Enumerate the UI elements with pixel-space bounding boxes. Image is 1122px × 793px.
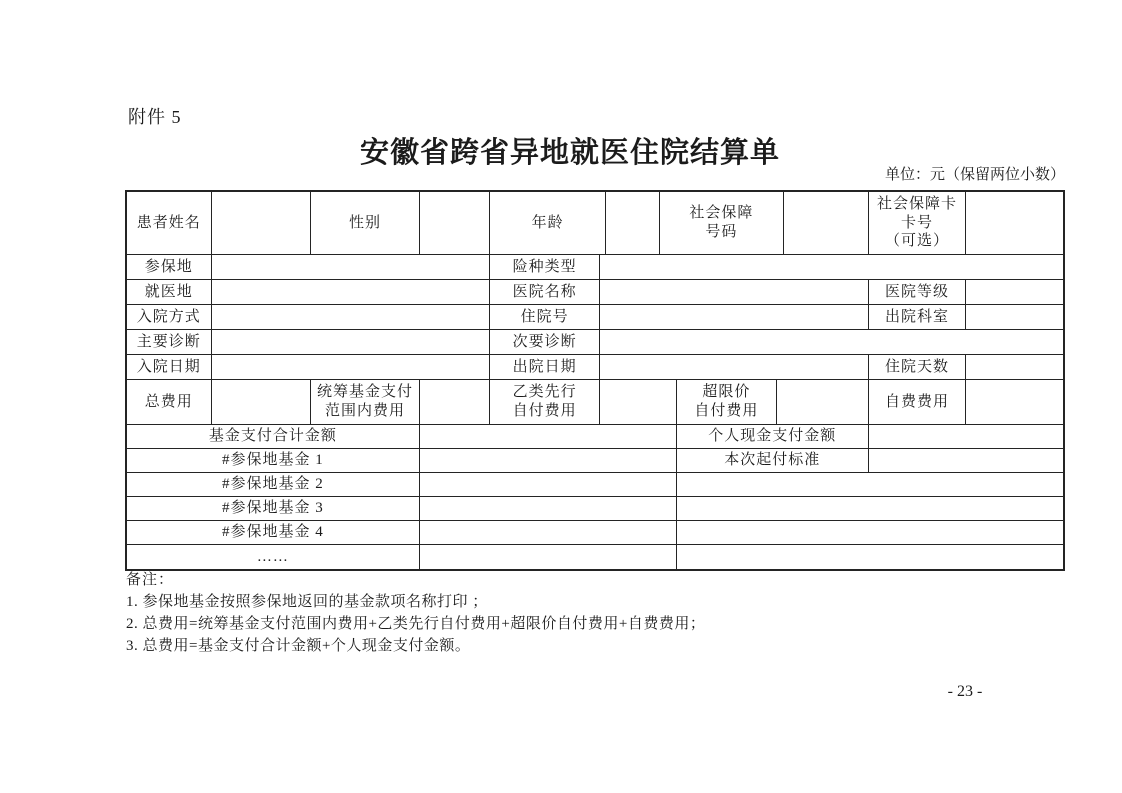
table-row: ……	[127, 545, 1063, 569]
table-cell-label: 入院方式	[127, 305, 212, 330]
table-cell-value	[420, 473, 677, 497]
table-cell-label: 年龄	[490, 192, 606, 255]
table-cell-value	[600, 255, 1063, 280]
table-cell-value	[600, 280, 869, 305]
table-row: 主要诊断次要诊断	[127, 330, 1063, 355]
table-cell-label: #参保地基金 1	[127, 449, 420, 473]
table-row: #参保地基金 3	[127, 497, 1063, 521]
note-item: 2. 总费用=统筹基金支付范围内费用+乙类先行自付费用+超限价自付费用+自费费用…	[126, 613, 1066, 635]
settlement-table: 患者姓名性别年龄社会保障 号码社会保障卡 卡号 （可选）参保地险种类型就医地医院…	[125, 190, 1065, 571]
table-row: 入院方式住院号出院科室	[127, 305, 1063, 330]
table-cell-value	[869, 449, 1063, 473]
table-cell-value	[869, 425, 1063, 449]
table-cell-value	[420, 497, 677, 521]
notes-section: 备注： 1. 参保地基金按照参保地返回的基金款项名称打印 ； 2. 总费用=统筹…	[126, 569, 1066, 657]
table-cell-value	[212, 330, 491, 355]
table-cell-value	[420, 449, 677, 473]
table-cell-label: 社会保障 号码	[660, 192, 784, 255]
table-cell-value	[777, 380, 869, 425]
table-cell-label: ……	[127, 545, 420, 569]
table-row: 患者姓名性别年龄社会保障 号码社会保障卡 卡号 （可选）	[127, 192, 1063, 255]
table-cell-label: #参保地基金 2	[127, 473, 420, 497]
table-cell-label: 乙类先行 自付费用	[490, 380, 600, 425]
table-cell-value	[212, 255, 491, 280]
table-cell-value	[600, 305, 869, 330]
table-cell-value	[212, 305, 491, 330]
table-row: 入院日期出院日期住院天数	[127, 355, 1063, 380]
notes-header: 备注：	[126, 569, 1066, 591]
table-cell-label: 超限价 自付费用	[677, 380, 778, 425]
unit-note: 单位：元（保留两位小数）	[625, 163, 1065, 184]
document-page: 附件 5 安徽省跨省异地就医住院结算单 单位：元（保留两位小数） 患者姓名性别年…	[0, 0, 1122, 793]
table-cell-label: 主要诊断	[127, 330, 212, 355]
table-cell-label: 自费费用	[869, 380, 967, 425]
table-cell-label: 住院天数	[869, 355, 967, 380]
table-cell-label: 参保地	[127, 255, 212, 280]
table-cell-label: 医院名称	[490, 280, 600, 305]
table-cell-value	[966, 305, 1063, 330]
table-cell-label: 出院日期	[490, 355, 600, 380]
table-cell-value	[420, 380, 491, 425]
table-cell-value	[677, 521, 1063, 545]
table-cell-value	[966, 280, 1063, 305]
table-cell-value	[212, 280, 491, 305]
table-cell-label: 住院号	[490, 305, 600, 330]
table-row: #参保地基金 2	[127, 473, 1063, 497]
table-cell-label: 就医地	[127, 280, 212, 305]
note-item: 3. 总费用=基金支付合计金额+个人现金支付金额。	[126, 635, 1066, 657]
table-cell-value	[420, 545, 677, 569]
table-row: 基金支付合计金额个人现金支付金额	[127, 425, 1063, 449]
table-cell-value	[966, 380, 1063, 425]
table-cell-label: #参保地基金 3	[127, 497, 420, 521]
table-cell-label: 出院科室	[869, 305, 967, 330]
table-cell-label: 医院等级	[869, 280, 967, 305]
table-cell-value	[966, 355, 1063, 380]
table-cell-label: 总费用	[127, 380, 212, 425]
table-cell-value	[677, 545, 1063, 569]
table-cell-label: 本次起付标准	[677, 449, 869, 473]
table-cell-label: 入院日期	[127, 355, 212, 380]
table-row: 总费用统筹基金支付 范围内费用乙类先行 自付费用超限价 自付费用自费费用	[127, 380, 1063, 425]
table-cell-label: 次要诊断	[490, 330, 600, 355]
table-cell-label: 险种类型	[490, 255, 600, 280]
table-cell-value	[420, 521, 677, 545]
table-cell-label: #参保地基金 4	[127, 521, 420, 545]
table-row: #参保地基金 1本次起付标准	[127, 449, 1063, 473]
table-cell-value	[212, 192, 312, 255]
table-cell-label: 统筹基金支付 范围内费用	[311, 380, 420, 425]
table-cell-value	[600, 355, 869, 380]
table-cell-label: 个人现金支付金额	[677, 425, 869, 449]
attachment-label: 附件 5	[128, 103, 182, 129]
table-cell-value	[600, 380, 677, 425]
table-cell-value	[420, 425, 677, 449]
note-item: 1. 参保地基金按照参保地返回的基金款项名称打印 ；	[126, 591, 1066, 613]
table-cell-value	[212, 380, 312, 425]
table-cell-label: 患者姓名	[127, 192, 212, 255]
table-cell-value	[677, 497, 1063, 521]
table-row: 参保地险种类型	[127, 255, 1063, 280]
table-cell-label: 社会保障卡 卡号 （可选）	[869, 192, 967, 255]
table-cell-label: 基金支付合计金额	[127, 425, 420, 449]
table-cell-value	[606, 192, 660, 255]
table-cell-value	[677, 473, 1063, 497]
table-cell-value	[966, 192, 1063, 255]
table-cell-value	[600, 330, 1063, 355]
table-row: 就医地医院名称医院等级	[127, 280, 1063, 305]
table-row: #参保地基金 4	[127, 521, 1063, 545]
table-cell-value	[212, 355, 491, 380]
table-cell-value	[420, 192, 491, 255]
page-number: - 23 -	[915, 683, 1015, 701]
table-cell-value	[784, 192, 869, 255]
table-cell-label: 性别	[311, 192, 420, 255]
